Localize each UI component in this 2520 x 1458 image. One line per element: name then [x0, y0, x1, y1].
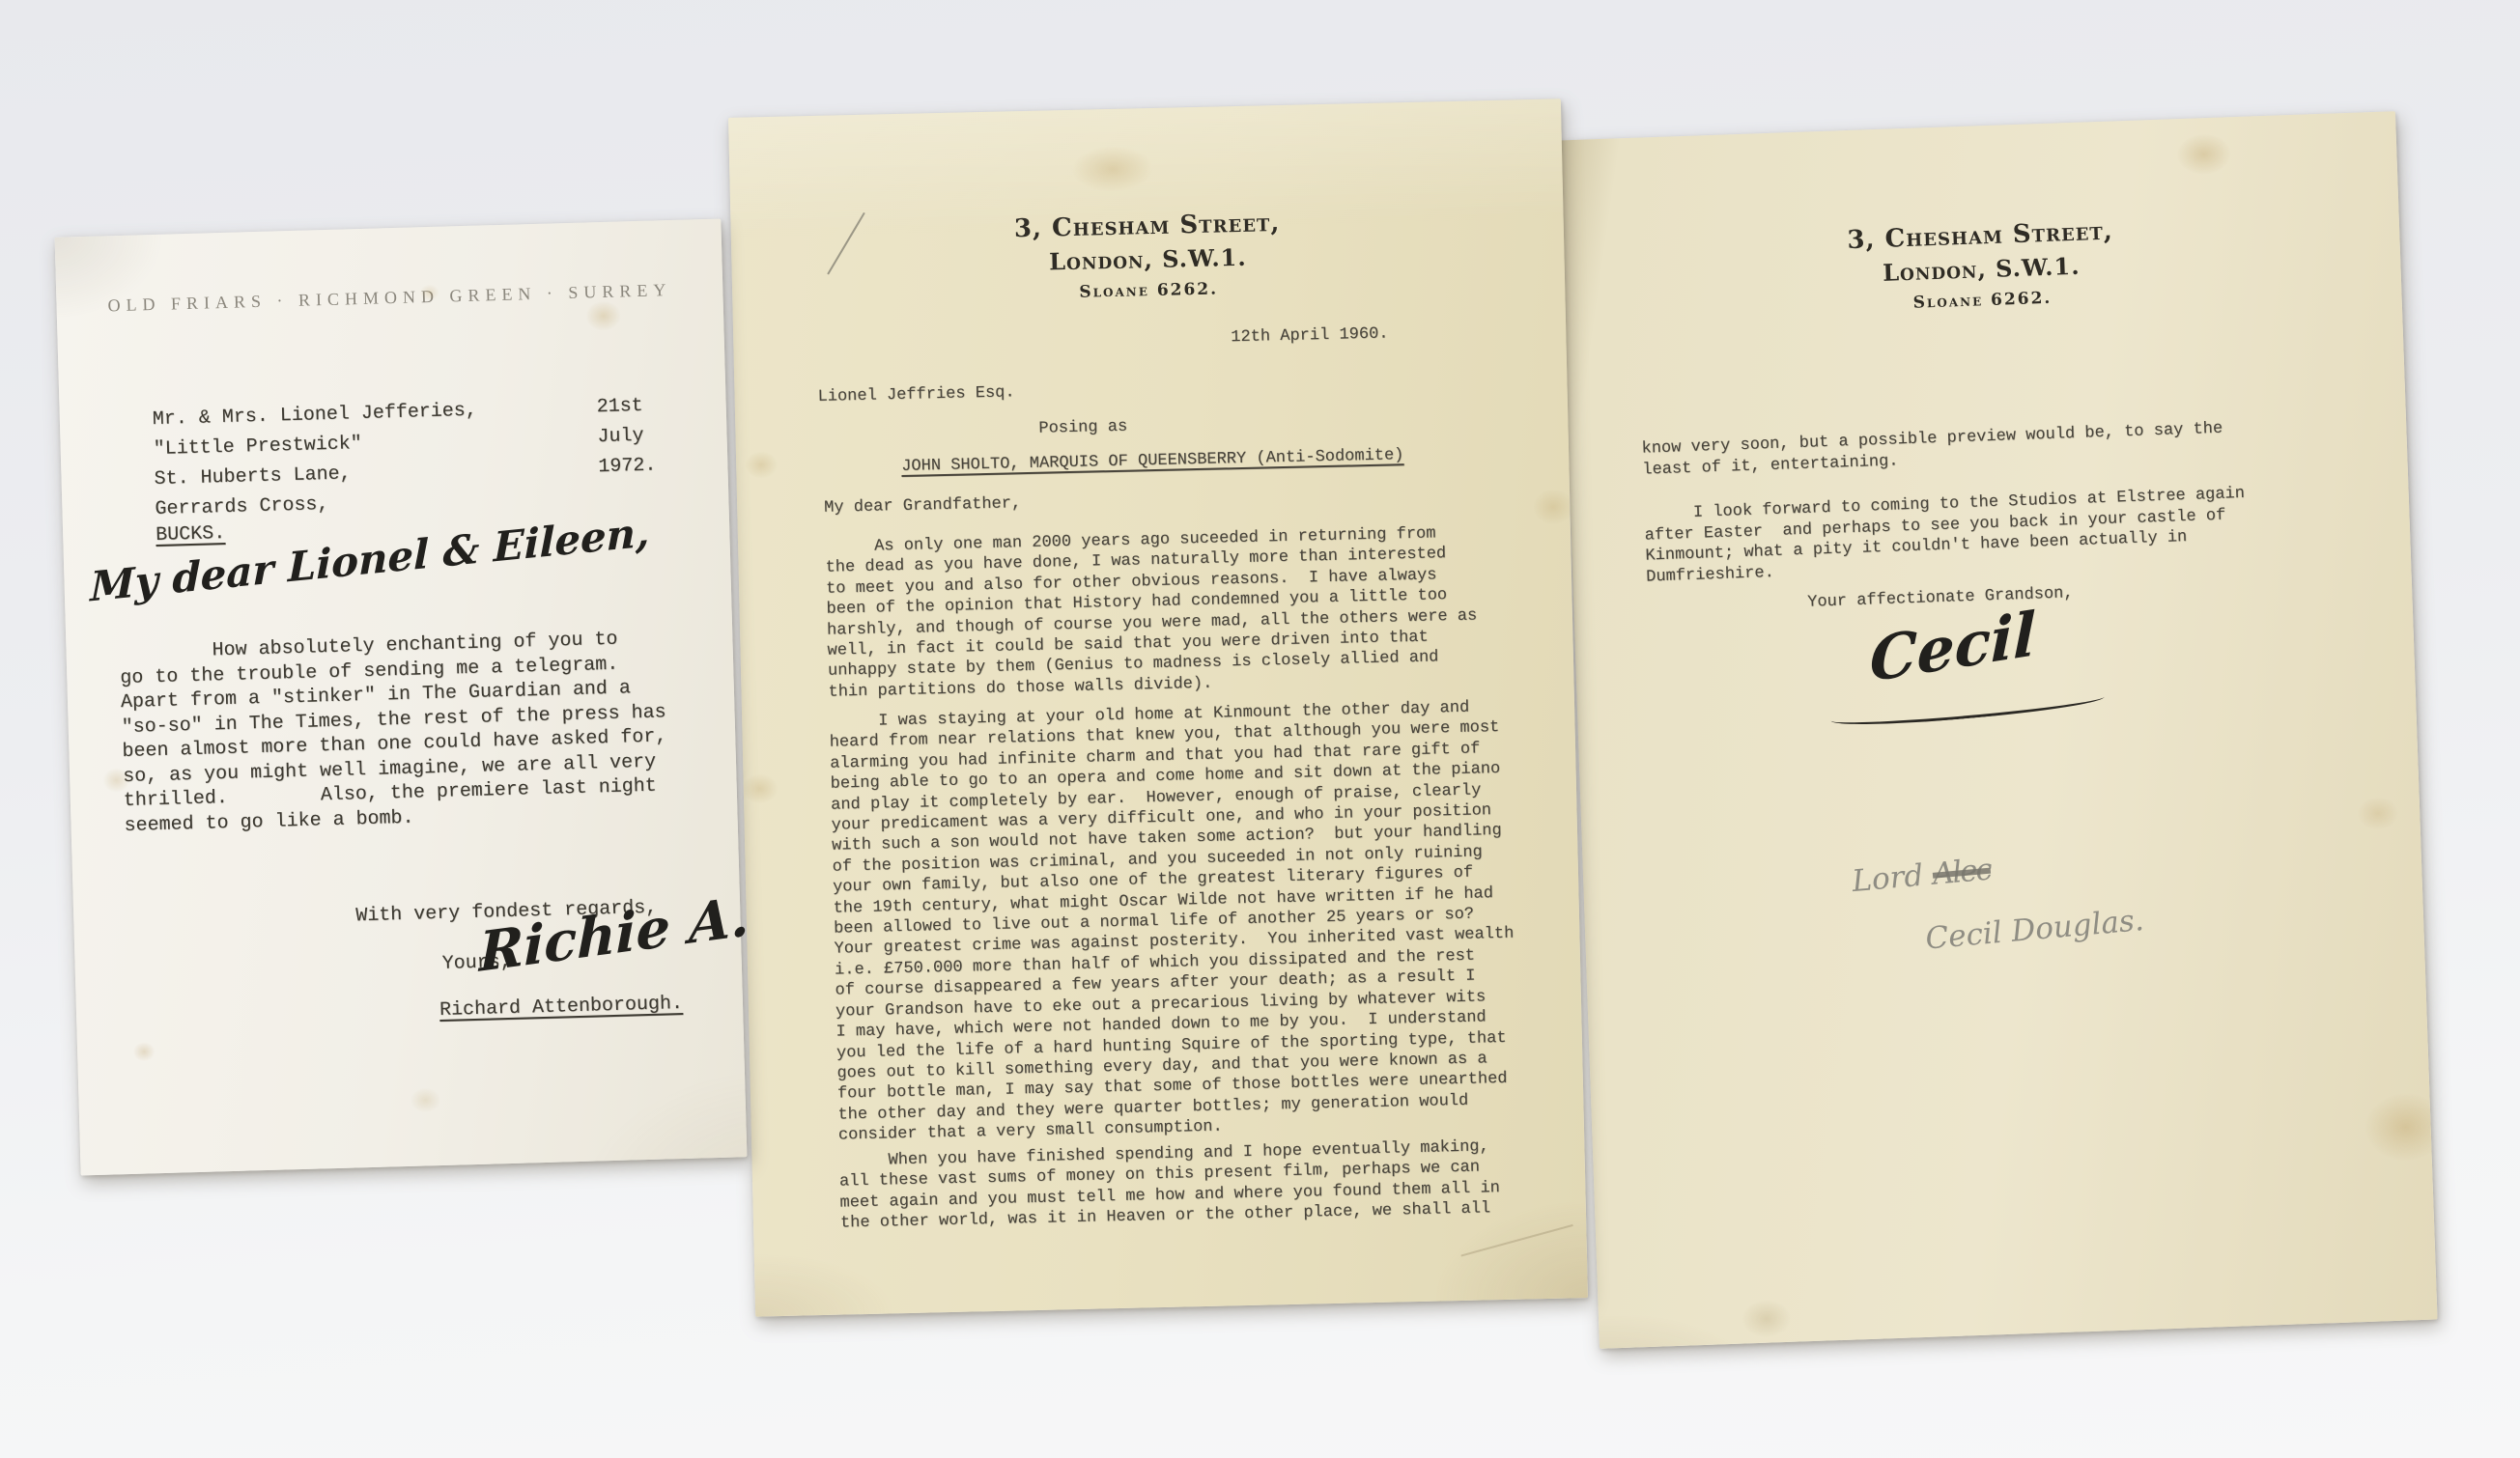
signature-handwritten: Cecil — [1869, 598, 2036, 695]
letter-queensberry-page1: 3, Chesham Street, London, S.W.1. Sloane… — [728, 98, 1588, 1316]
pencil-annotation-line1: Lord Alec — [1851, 853, 1992, 899]
addressee: Lionel Jeffries Esq. — [817, 383, 1014, 407]
posing-as-line: Posing as — [1038, 418, 1127, 438]
pencil-word: Lord — [1851, 858, 1925, 899]
photo-backdrop: OLD FRIARS · RICHMOND GREEN · SURREY Mr.… — [0, 0, 2520, 1458]
corner-crease — [1460, 1224, 1572, 1257]
letter-date: 21st July 1972. — [596, 391, 657, 483]
letter-salutation: My dear Grandfather, — [824, 494, 1021, 518]
letter-body: How absolutely enchanting of you to go t… — [119, 626, 669, 838]
letter-paragraph-1: know very soon, but a possible preview w… — [1641, 419, 2223, 481]
signed-name: Richard Attenborough. — [439, 993, 684, 1022]
letter-paragraph-2: I look forward to coming to the Studios … — [1644, 484, 2248, 588]
role-title: JOHN SHOLTO, MARQUIS OF QUEENSBERRY (Ant… — [901, 446, 1404, 476]
signature-underline — [1830, 694, 2105, 731]
letterhead-old-friars: OLD FRIARS · RICHMOND GREEN · SURREY — [56, 279, 722, 318]
letter-paragraph-3: When you have finished spending and I ho… — [838, 1136, 1500, 1234]
recipient-county: BUCKS. — [156, 522, 226, 547]
letter-paragraph-1: As only one man 2000 years ago suceeded … — [825, 523, 1479, 703]
letter-paragraph-2: I was staying at your old home at Kinmou… — [829, 697, 1518, 1146]
letter-queensberry-page2: 3, Chesham Street, London, S.W.1. Sloane… — [1557, 111, 2437, 1349]
pencil-scribble: Alec — [1931, 853, 1992, 892]
letter-attenborough: OLD FRIARS · RICHMOND GREEN · SURREY Mr.… — [55, 219, 748, 1176]
letter-date: 12th April 1960. — [1231, 324, 1389, 347]
recipient-address: Mr. & Mrs. Lionel Jefferies, "Little Pre… — [152, 396, 479, 524]
pencil-annotation-line2: Cecil Douglas. — [1924, 903, 2145, 957]
